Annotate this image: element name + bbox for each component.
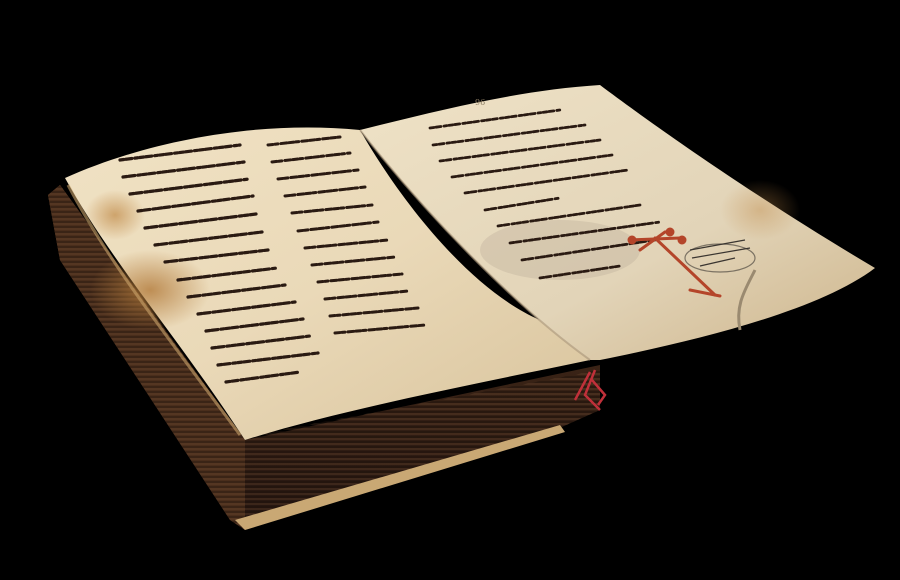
- manuscript-photo: 96: [0, 0, 900, 580]
- manuscript-illustration: 96: [0, 0, 900, 580]
- page-number: 96: [475, 98, 485, 107]
